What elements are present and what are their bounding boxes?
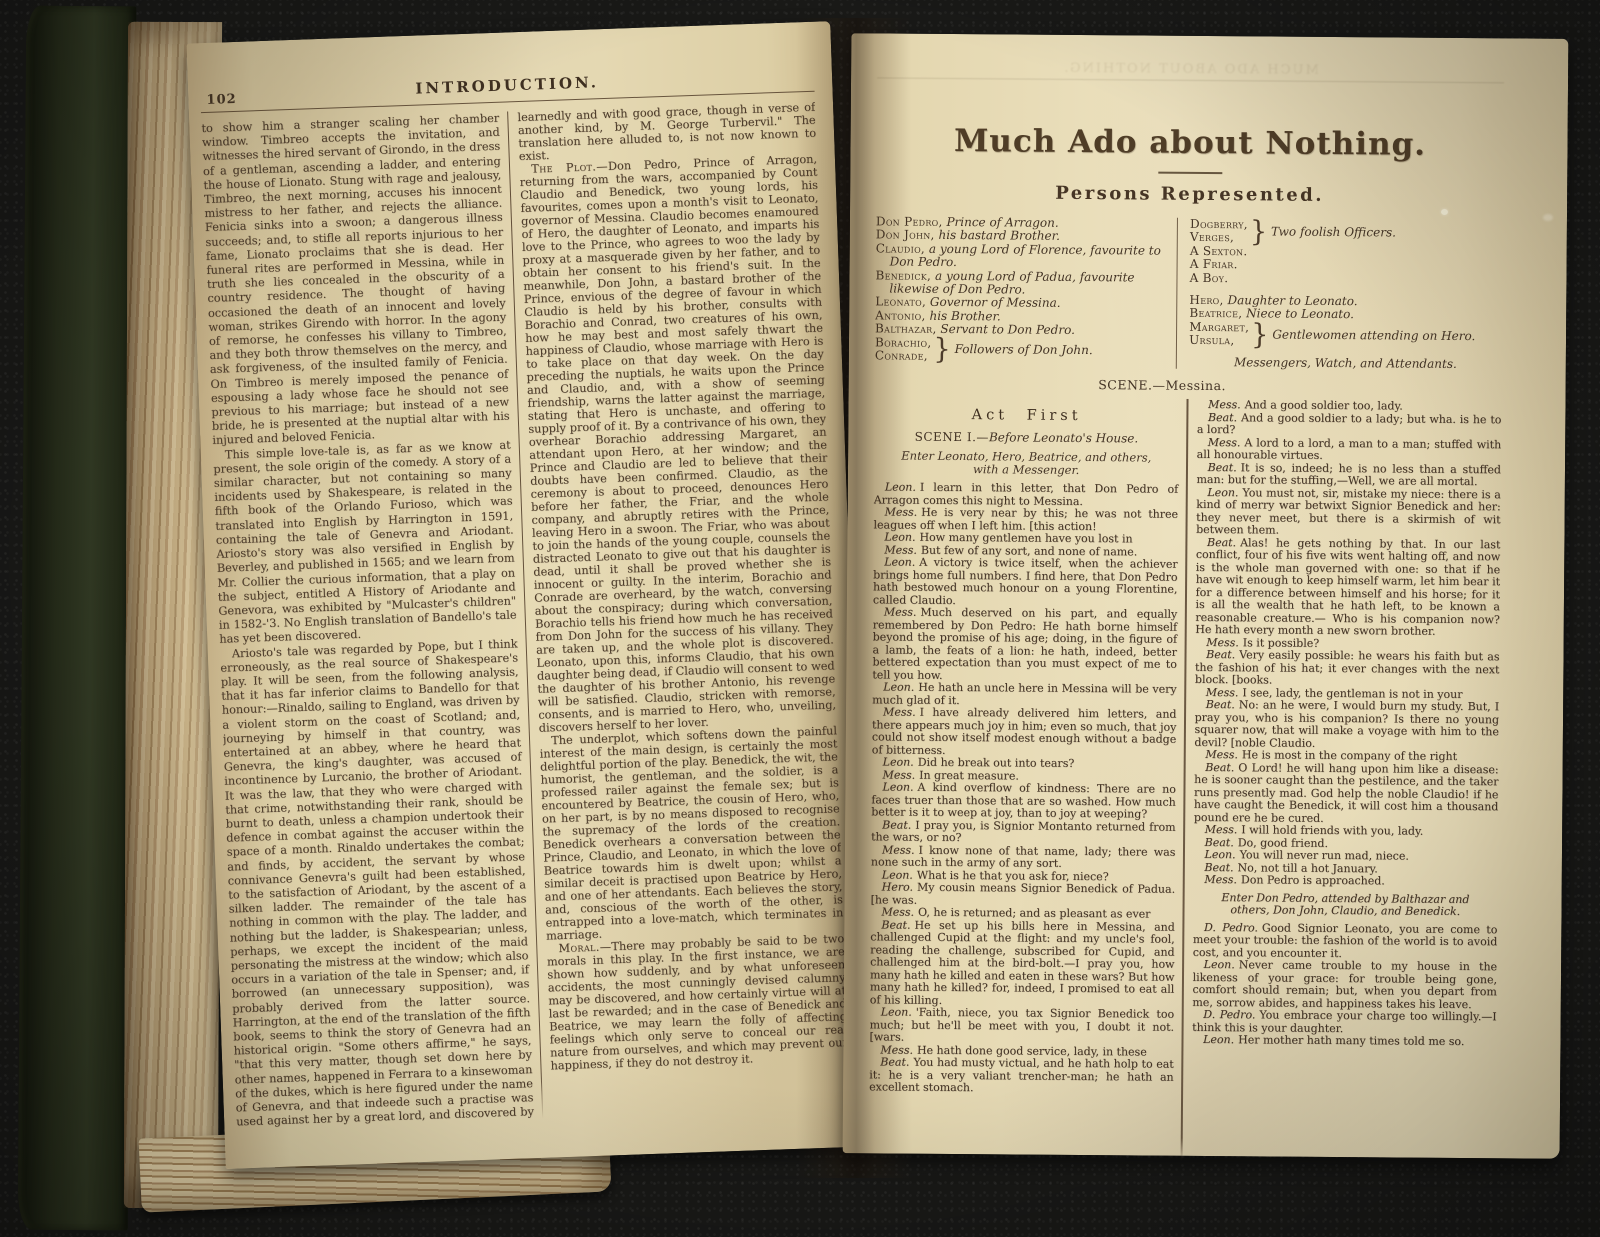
person-single: Claudio, a young Lord of Florence, favou… <box>876 241 1161 269</box>
speech-text: Never came trouble to my house in the li… <box>1192 958 1497 1010</box>
paragraph-text: Ariosto's tale was regarded by Pope, but… <box>220 637 535 1130</box>
person-name: Don John, <box>876 228 935 242</box>
speech-text: My cousin means Signior Benedick of Padu… <box>871 881 1176 907</box>
paragraph-text: This simple love-tale is, as far as we k… <box>213 438 517 646</box>
left-page-content: 102 INTRODUCTION. to show him a stranger… <box>187 21 870 1169</box>
dialogue-line: Mess.I know none of that name, lady; the… <box>871 844 1176 871</box>
person-entry: Benedick, a young Lord of Padua, favouri… <box>875 269 1176 298</box>
brace-glyph: } <box>1250 225 1267 239</box>
speech-text: It is so, indeed; he is no less than a s… <box>1196 461 1501 488</box>
speaker-name: Mess. <box>884 606 917 619</box>
scene-heading-label: SCENE I.— <box>915 429 989 444</box>
speaker-name: Leon. <box>883 756 914 769</box>
book-photo: 102 INTRODUCTION. to show him a stranger… <box>0 0 1600 1237</box>
speech-text: I learn in this letter, that Don Pedro o… <box>874 481 1179 508</box>
play-title: Much Ado about Nothing. <box>876 120 1503 165</box>
paragraph: This simple love-tale is, as far as we k… <box>213 438 518 647</box>
speech-text: Alas! he gets nothing by that. In our la… <box>1195 536 1500 638</box>
speech-text: A victory is twice itself, when the achi… <box>873 556 1178 607</box>
persons-section: Don Pedro, Prince of Arragon. Don John, … <box>875 215 1503 371</box>
person-group-names: Margaret,Ursula, <box>1189 321 1249 348</box>
person-entry: Borachio,Conrade, } Followers of Don Joh… <box>875 336 1176 365</box>
left-column-2: learnedly and with good grace, though in… <box>508 101 850 1119</box>
speaker-name: Beat. <box>1206 698 1235 711</box>
dialogue-line: Mess.Much deserved on his part, and equa… <box>872 606 1177 683</box>
speaker-name: Mess. <box>1206 686 1239 699</box>
speaker-name: Beat. <box>882 818 911 831</box>
person-name: Don Pedro, <box>876 214 943 229</box>
speaker-name: Leon. <box>885 481 916 494</box>
book-cover-spine <box>18 6 137 1231</box>
person-entry: Claudio, a young Lord of Florence, favou… <box>876 242 1177 271</box>
person-name: Leonato, <box>875 295 926 309</box>
dialogue-line: Leon.You must not, sir, mistake my niece… <box>1196 486 1501 538</box>
dialogue-line: Leon.'Faith, niece, you tax Signior Bene… <box>869 1006 1174 1046</box>
speaker-name: Leon. <box>1203 1033 1234 1046</box>
speech-text: And a good soldier to a lady; but wha. i… <box>1197 411 1502 436</box>
dialogue-line: Leon.I learn in this letter, that Don Pe… <box>874 481 1179 508</box>
person-name: Beatrice, <box>1189 306 1242 320</box>
paragraph-text: There may probably be said to be two mor… <box>547 932 848 1072</box>
person-name: A Sexton. <box>1190 244 1248 258</box>
act-heading: Act First <box>874 408 1178 423</box>
paper-fleck <box>1543 214 1553 221</box>
right-page-content: MUCH ADO ABOUT NOTHING. Much Ado about N… <box>843 33 1569 1159</box>
person-name: A Boy. <box>1190 270 1229 284</box>
page-number: 102 <box>206 92 237 108</box>
scene-location: SCENE.—Messina. <box>849 375 1476 395</box>
speech-text: A lord to a lord, a man to a man; stuffe… <box>1197 436 1502 462</box>
play-column-1: Act First SCENE I.—Before Leonato's Hous… <box>869 396 1187 1160</box>
speech-text: I know none of that name, lady; there wa… <box>871 843 1176 870</box>
speaker-name: Beat. <box>1206 648 1235 661</box>
person-name: Ursula, <box>1189 334 1249 348</box>
dialogue-line: Beat.And a good soldier to a lady; but w… <box>1197 411 1502 438</box>
speech-text: 'Faith, niece, you tax Signior Benedick … <box>869 1006 1174 1044</box>
speaker-name: Beat. <box>1205 836 1234 849</box>
dialogue-line: Beat.Alas! he gets nothing by that. In o… <box>1195 536 1500 638</box>
speech-text: You must not, sir, mistake my niece: the… <box>1196 486 1501 537</box>
play-column-2: Mess.And a good soldier too, lady. Beat.… <box>1182 399 1501 1163</box>
left-page-columns: to show him a stranger scaling her chamb… <box>201 101 850 1130</box>
paragraph-text: to show him a stranger scaling her chamb… <box>201 112 510 448</box>
speaker-name: D. Pedro. <box>1203 1008 1255 1021</box>
paragraph: The Plot.—Don Pedro, Prince of Arragon, … <box>519 153 837 735</box>
persons-column-left: Don Pedro, Prince of Arragon. Don John, … <box>875 215 1177 368</box>
dialogue-line: Enter Don Pedro, attended by Balthazar a… <box>1193 891 1498 918</box>
speaker-name: Leon. <box>883 681 914 694</box>
person-entry: Margaret,Ursula, } Gentlewomen attending… <box>1189 321 1502 350</box>
person-entry: A Boy. <box>1190 271 1503 287</box>
speech-text: A kind overflow of kindness: There are n… <box>871 781 1176 821</box>
person-name: Hero, <box>1189 293 1223 307</box>
speaker-name: D. Pedro. <box>1204 921 1258 934</box>
dialogue-line: Mess.I have already delivered him letter… <box>872 706 1177 758</box>
speech-text: I pray you, is Signior Montanto returned… <box>871 818 1176 844</box>
speaker-name: Leon. <box>882 781 913 794</box>
scene-heading-place: Before Leonato's House. <box>989 430 1138 445</box>
person-role: Servant to Don Pedro. <box>940 322 1075 337</box>
left-page: 102 INTRODUCTION. to show him a stranger… <box>187 21 870 1169</box>
speaker-name: Mess. <box>883 768 916 781</box>
speaker-name: Leon. <box>884 531 915 544</box>
dialogue-line: Leon.A victory is twice itself, when the… <box>873 556 1178 608</box>
speech-text: I have already delivered him letters, an… <box>872 706 1177 757</box>
speech-text: Her mother hath many times told me so. <box>1238 1033 1464 1048</box>
left-column-1: to show him a stranger scaling her chamb… <box>201 111 542 1129</box>
person-entry: A Friar. <box>1190 258 1503 274</box>
paragraph: to show him a stranger scaling her chamb… <box>201 112 510 449</box>
speaker-name: Mess. <box>883 706 916 719</box>
persons-heading: Persons Represented. <box>876 181 1503 207</box>
speaker-name: Beat. <box>1207 536 1236 549</box>
speaker-name: Beat. <box>1204 861 1233 874</box>
person-single: Benedick, a young Lord of Padua, favouri… <box>875 268 1134 297</box>
speaker-name: Beat. <box>1208 461 1237 474</box>
persons-column-right-wrap: Dogberry,Verges, } Two foolish Officers.… <box>1177 218 1503 372</box>
speech-text: Don Pedro is approached. <box>1241 873 1385 887</box>
dialogue-line: Leon.A kind overflow of kindness: There … <box>871 781 1176 821</box>
opening-stage-direction: Enter Leonato, Hero, Beatrice, and other… <box>874 449 1179 477</box>
speaker-name: Leon. <box>882 868 913 881</box>
person-name: Antonio, <box>875 308 926 322</box>
speaker-name: Leon. <box>1205 848 1236 861</box>
person-group: Margaret,Ursula, } Gentlewomen attending… <box>1189 321 1475 350</box>
person-group: Borachio,Conrade, } Followers of Don Joh… <box>875 336 1093 365</box>
speech-text: O Lord! he will hang upon him like a dis… <box>1194 761 1499 825</box>
dialogue-line: Mess.A lord to a lord, a man to a man; s… <box>1197 436 1502 463</box>
dialogue-line: Leon.Her mother hath many times told me … <box>1192 1034 1496 1049</box>
speaker-name: Mess. <box>885 506 918 519</box>
person-group-names: Dogberry,Verges, <box>1190 218 1248 245</box>
speaker-name: Leon. <box>884 556 915 569</box>
speech-text: Much deserved on his part, and equally r… <box>872 606 1177 682</box>
person-entry: Dogberry,Verges, } Two foolish Officers. <box>1190 218 1503 247</box>
speech-text: No: an he were, I would burn my study. B… <box>1194 698 1499 749</box>
speaker-name: Mess. <box>882 843 915 856</box>
speaker-name: Beat. <box>880 1056 909 1069</box>
person-name: Claudio, <box>876 241 925 255</box>
paragraph: Ariosto's tale was regarded by Pope, but… <box>220 637 536 1130</box>
person-role: Gentlewomen attending on Hero. <box>1272 328 1475 343</box>
dialogue-line: Mess.He is very near by this; he was not… <box>873 506 1178 533</box>
speaker-name: Beat. <box>881 918 910 931</box>
person-role: a young Lord of Florence, favourite to D… <box>890 242 1161 270</box>
person-single: A Boy. <box>1190 270 1229 284</box>
person-single: A Sexton. <box>1190 244 1248 258</box>
brace-glyph: } <box>1251 328 1268 342</box>
speaker-name: Mess. <box>880 1043 913 1056</box>
dialogue-list-1: Leon.I learn in this letter, that Don Pe… <box>869 481 1178 1096</box>
speaker-name: Mess. <box>1206 636 1239 649</box>
dialogue-line: Leon.Never came trouble to my house in t… <box>1192 959 1497 1011</box>
dialogue-line: Beat.Very easily possible: he wears his … <box>1195 649 1500 689</box>
paragraph: The underplot, which softens down the pa… <box>539 724 844 942</box>
speaker-name: Mess. <box>1208 398 1241 411</box>
play-text-columns: Act First SCENE I.—Before Leonato's Hous… <box>869 396 1502 1163</box>
paragraph: Moral.—There may probably be said to be … <box>546 932 848 1072</box>
speaker-name: Mess. <box>884 543 917 556</box>
dialogue-line: Beat.No: an he were, I would burn my stu… <box>1194 699 1499 751</box>
dialogue-line: Beat.I pray you, is Signior Montanto ret… <box>871 819 1176 846</box>
title-divider <box>1158 172 1222 175</box>
brace-glyph: } <box>933 343 950 357</box>
person-role: Two foolish Officers. <box>1271 225 1396 239</box>
person-group: Dogberry,Verges, } Two foolish Officers. <box>1190 218 1396 246</box>
person-single: A Friar. <box>1190 257 1238 271</box>
person-name: Conrade, <box>875 349 932 363</box>
speech-text: You had musty victual, and he hath holp … <box>869 1056 1174 1094</box>
person-role: Followers of Don John. <box>955 343 1093 357</box>
speaker-name: Leon. <box>1204 958 1235 971</box>
person-role: his Brother. <box>929 309 1000 324</box>
speaker-name: Mess. <box>1205 823 1238 836</box>
speaker-name: Hero. <box>882 881 913 894</box>
paragraph-text: The underplot, which softens down the pa… <box>539 724 843 942</box>
right-page: MUCH ADO ABOUT NOTHING. Much Ado about N… <box>843 33 1569 1159</box>
speaker-name: Mess. <box>881 906 914 919</box>
paragraph-text: Don Pedro, Prince of Arragon, returning … <box>520 153 837 735</box>
speech-text: Enter Don Pedro, attended by Balthazar a… <box>1221 891 1469 918</box>
dialogue-line: Beat.It is so, indeed; he is no less tha… <box>1196 461 1501 488</box>
dialogue-line: Beat.He set up his bills here in Messina… <box>870 919 1175 1009</box>
dialogue-line: Hero.My cousin means Signior Benedick of… <box>871 881 1176 908</box>
speaker-name: Mess. <box>1204 873 1237 886</box>
speaker-name: Mess. <box>1208 436 1241 449</box>
persons-footer: Messengers, Watch, and Attendants. <box>1189 356 1502 372</box>
dialogue-line: Leon.He hath an uncle here in Messina wi… <box>872 681 1177 708</box>
dialogue-line: Beat.O Lord! he will hang upon him like … <box>1194 761 1499 826</box>
speech-text: He set up his bills here in Messina, and… <box>870 918 1175 1006</box>
persons-column-right: Dogberry,Verges, } Two foolish Officers.… <box>1189 218 1503 350</box>
person-group-names: Borachio,Conrade, <box>875 336 932 363</box>
speech-text: Is it possible? <box>1243 636 1319 650</box>
running-header: INTRODUCTION. <box>200 66 814 105</box>
speech-text: He is very near by this; he was not thre… <box>874 506 1179 533</box>
speaker-name: Leon. <box>881 1006 912 1019</box>
dialogue-line: D. Pedro.You embrace your charge too wil… <box>1192 1009 1497 1036</box>
dialogue-line: Mess.Don Pedro is approached. <box>1193 874 1497 889</box>
dialogue-line: Beat.You had musty victual, and he hath … <box>869 1056 1174 1096</box>
person-name: Balthazar, <box>875 322 937 336</box>
speaker-name: Mess. <box>1205 748 1238 761</box>
person-name: A Friar. <box>1190 257 1238 271</box>
speaker-name: Beat. <box>1208 411 1237 424</box>
speech-text: He hath an uncle here in Messina will be… <box>872 681 1177 707</box>
speaker-name: Beat. <box>1205 761 1234 774</box>
scene-heading: SCENE I.—Before Leonato's House. <box>874 430 1178 445</box>
speaker-name: Leon. <box>1207 486 1238 499</box>
dialogue-line: D. Pedro.Good Signior Leonato, you are c… <box>1193 921 1498 961</box>
paper-fleck <box>1441 209 1448 215</box>
person-name: Benedick, <box>875 268 931 282</box>
speech-text: Very easily possible: he wears his faith… <box>1195 648 1500 686</box>
